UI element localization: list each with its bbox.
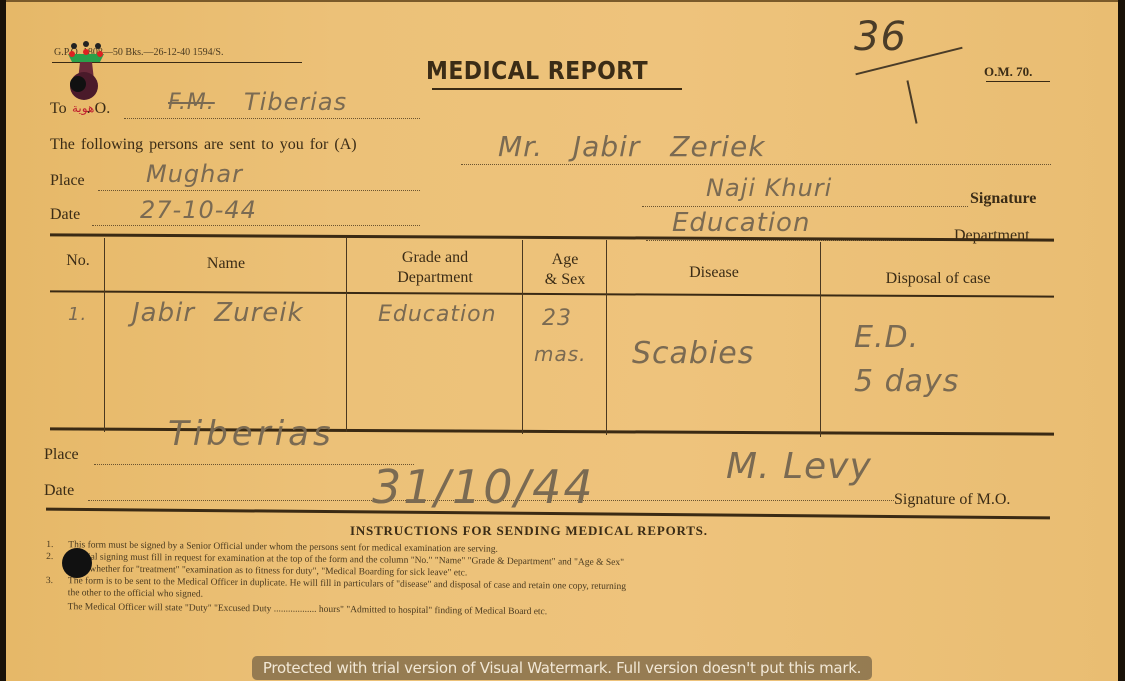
column-header-name: Name (106, 254, 346, 274)
department-value: Education (672, 208, 810, 238)
column-header-no: No. (52, 251, 104, 271)
form-number-underline (986, 81, 1050, 82)
table-top-rule (50, 233, 1054, 241)
table-col-divider (104, 238, 105, 432)
cell-disease: Scabies (632, 336, 754, 371)
column-header-grade-department: Grade and Department (348, 248, 522, 288)
footer-date-value: 31/10/44 (372, 460, 595, 514)
sent-for-field-line (461, 164, 1051, 165)
footer-place-label: Place (44, 446, 79, 464)
place-label: Place (50, 172, 85, 190)
file-reference: 36 (854, 14, 907, 60)
cell-no: 1. (68, 304, 87, 325)
date-value: 27-10-44 (140, 196, 257, 224)
column-header-age-sex: Age & Sex (524, 250, 606, 290)
table-col-divider (820, 242, 821, 437)
column-header-disposal: Disposal of case (822, 269, 1054, 289)
to-value-struck: F.M. (168, 90, 215, 115)
file-reference-one (906, 80, 917, 123)
cell-age: 23 (542, 306, 572, 331)
column-header-disease: Disease (608, 263, 820, 283)
instructions-list: 1.This form must be signed by a Senior O… (46, 539, 1057, 624)
department-label: Department (954, 227, 1030, 245)
form-number: O.M. 70. (984, 64, 1032, 80)
cell-disposal-line2: 5 days (854, 364, 959, 399)
footer-place-field-line (94, 464, 414, 465)
mo-signature-value: M. Levy (726, 446, 872, 487)
cell-disposal-line1: E.D. (854, 320, 919, 355)
date-field-line (92, 225, 420, 226)
signature-field-line (642, 206, 968, 207)
mo-signature-label: Signature of M.O. (894, 491, 1010, 509)
table-col-divider (606, 240, 607, 435)
to-field-line (124, 118, 420, 119)
place-field-line (98, 190, 420, 191)
signature-label: Signature (970, 190, 1036, 208)
sent-for-value: Mr. Jabir Zeriek (498, 130, 765, 163)
cell-grade-department: Education (378, 302, 497, 327)
to-label: To. O. (50, 100, 110, 118)
page-title: MEDICAL REPORT (426, 56, 648, 85)
sent-for-label: The following persons are sent to you fo… (50, 136, 357, 154)
watermark-banner: Protected with trial version of Visual W… (252, 656, 872, 680)
cell-name: Jabir Zureik (132, 298, 304, 328)
cell-sex: mas. (534, 342, 587, 366)
title-underline (432, 88, 682, 90)
footer-place-value: Tiberias (168, 414, 335, 454)
table-col-divider (346, 238, 347, 432)
scanned-medical-report-form: G.P.O. 1808—50 Bks.—26-12-40 1594/S. هوي… (6, 0, 1118, 681)
place-value: Mughar (146, 160, 243, 188)
instructions-heading: INSTRUCTIONS FOR SENDING MEDICAL REPORTS… (350, 523, 708, 539)
signature-value: Naji Khuri (706, 174, 832, 202)
date-label: Date (50, 206, 80, 224)
table-col-divider (522, 240, 523, 434)
footer-date-label: Date (44, 482, 74, 500)
table-header-rule (50, 290, 1054, 297)
punch-hole-mark (62, 548, 92, 578)
to-value: Tiberias (244, 88, 347, 116)
